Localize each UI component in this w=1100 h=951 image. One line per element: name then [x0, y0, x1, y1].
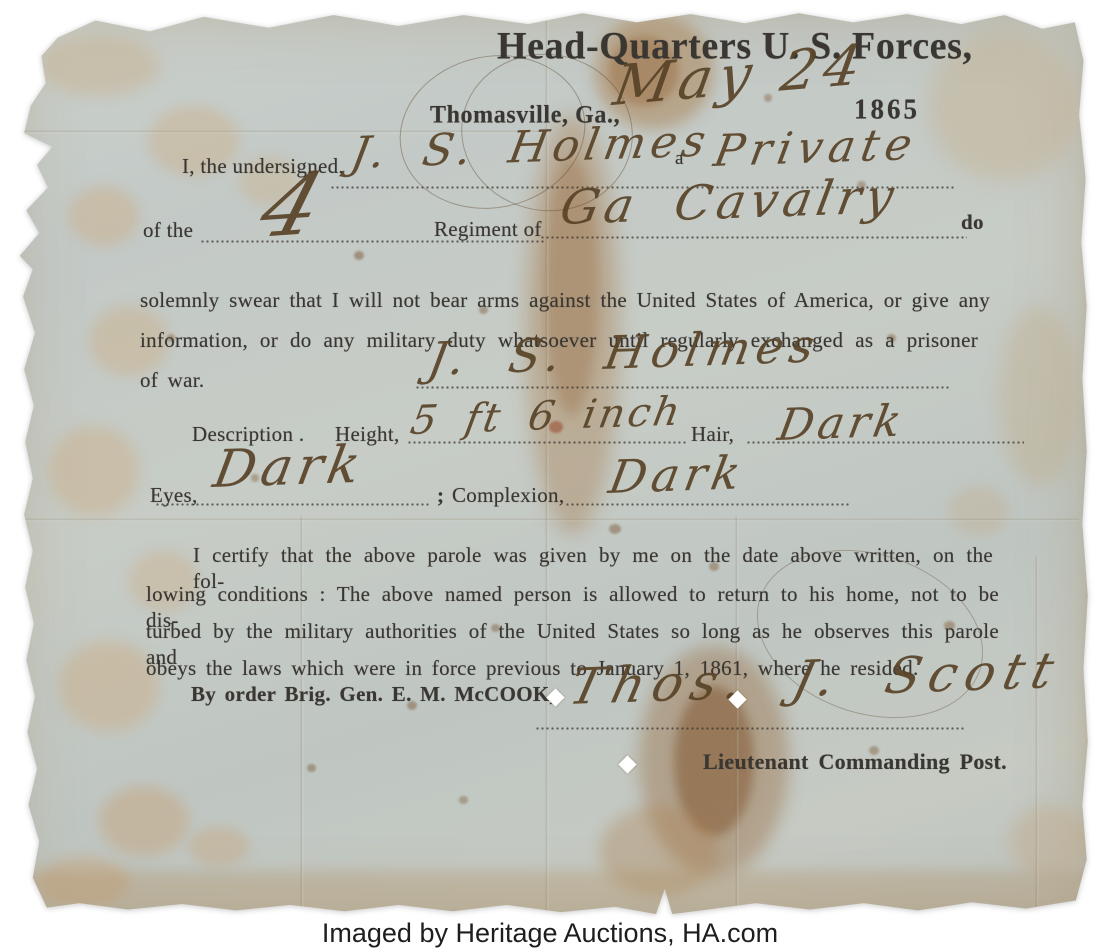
- dotted-line: [746, 441, 1024, 444]
- auction-caption: Imaged by Heritage Auctions, HA.com: [0, 918, 1100, 949]
- oath-line-1: solemnly swear that I will not bear arms…: [140, 287, 990, 313]
- parole-document-paper: Head-Quarters U. S. Forces, Thomasville,…: [9, 6, 1091, 914]
- dotted-line: [155, 503, 430, 506]
- dotted-line: [535, 727, 965, 730]
- complexion-label: Complexion,: [452, 483, 564, 508]
- handwritten-regiment-name: Ga Cavalry: [556, 168, 903, 236]
- article-a: a: [675, 148, 684, 170]
- aged-paper: Head-Quarters U. S. Forces, Thomasville,…: [9, 6, 1091, 914]
- oath-line-3: of war.: [140, 367, 204, 393]
- dotted-line: [200, 240, 545, 243]
- dotted-line: [565, 503, 850, 506]
- handwritten-complexion: Dark: [605, 445, 750, 504]
- handwritten-height: 5 ft 6 inch: [407, 389, 687, 444]
- of-the-label: of the: [143, 218, 193, 243]
- hair-label: Hair,: [691, 422, 734, 447]
- scanned-image: Head-Quarters U. S. Forces, Thomasville,…: [0, 0, 1100, 951]
- officer-title: Lieutenant Commanding Post.: [703, 749, 1007, 775]
- dotted-line: [407, 441, 687, 444]
- handwritten-eyes: Dark: [209, 435, 370, 500]
- dotted-line: [540, 236, 967, 239]
- eyes-separator: ;: [437, 483, 444, 508]
- regiment-of-label: Regiment of: [434, 217, 542, 242]
- do-word: do: [961, 210, 984, 235]
- by-order-line: By order Brig. Gen. E. M. McCOOK,: [191, 682, 555, 707]
- punch-hole: [618, 755, 636, 773]
